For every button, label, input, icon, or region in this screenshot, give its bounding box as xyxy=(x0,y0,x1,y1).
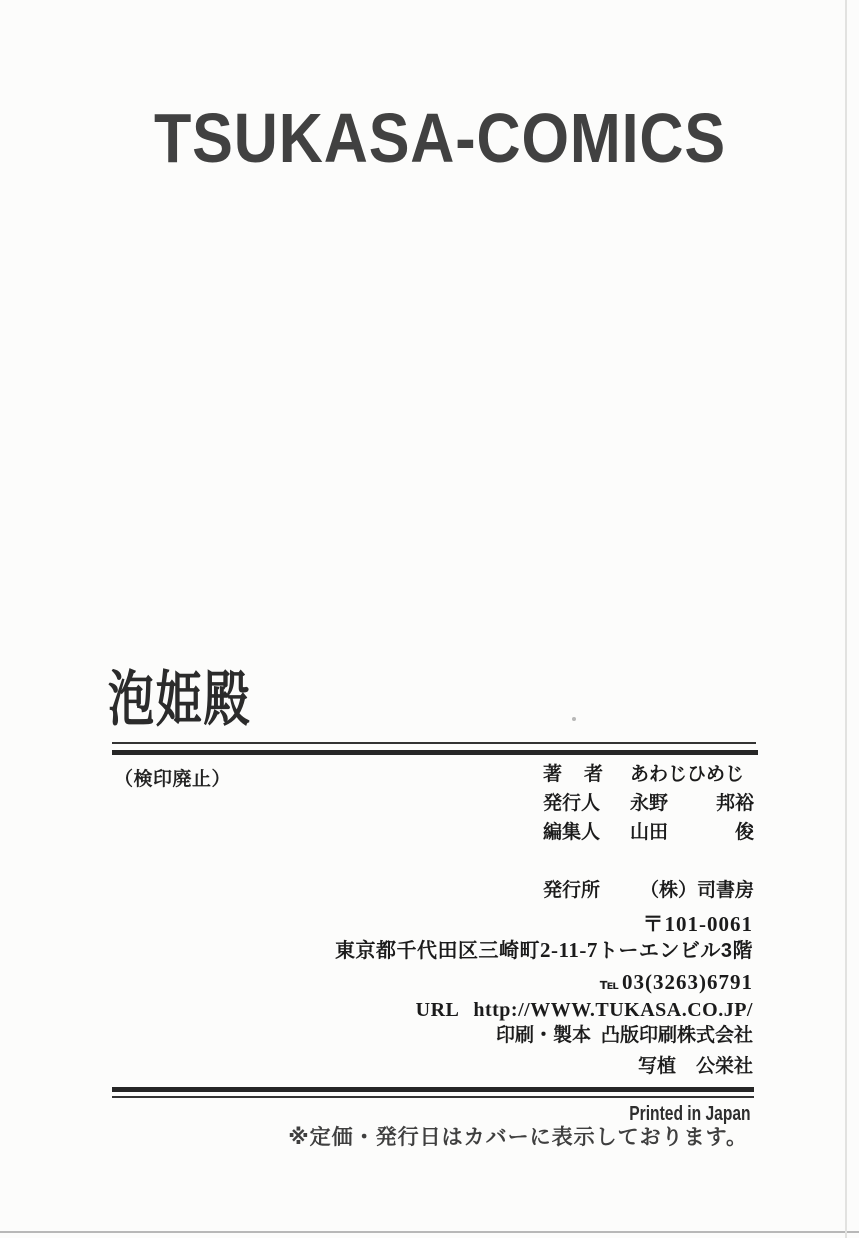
url-label: URL xyxy=(416,999,460,1021)
url-line: URLhttp://WWW.TUKASA.CO.JP/ xyxy=(416,999,753,1021)
title-rule-thin xyxy=(112,742,756,744)
publisher-label-text: 発行人 xyxy=(543,793,600,815)
colophon-page: TSUKASA-COMICS 泡姫殿 （検印廃止） 著 者 あわじひめじ 発行人… xyxy=(0,0,859,1238)
editor-name: 山田 俊 xyxy=(630,822,754,844)
publisher-label: 発行人 xyxy=(543,793,603,815)
price-date-notice: ※定価・発行日はカバーに表示しております。 xyxy=(288,1121,748,1151)
author-row: 著 者 あわじひめじ xyxy=(543,764,754,786)
scan-edge-bottom xyxy=(0,1231,859,1233)
url-value: http://WWW.TUKASA.CO.JP/ xyxy=(473,999,753,1021)
editor-row: 編集人 山田 俊 xyxy=(543,822,754,844)
publisher-logo: TSUKASA-COMICS xyxy=(154,106,734,176)
publisher-logo-text: TSUKASA-COMICS xyxy=(154,106,726,176)
scan-edge-right xyxy=(845,0,847,1238)
typesetting-company: 公栄社 xyxy=(696,1056,753,1077)
address-building: トーエンビル3階 xyxy=(598,940,753,962)
publishing-office-row: 発行所 （株）司書房 xyxy=(543,880,754,902)
publishing-office-name: （株）司書房 xyxy=(630,880,754,902)
author-label-char1: 著 xyxy=(543,764,562,786)
publisher-surname: 永野 xyxy=(630,793,668,815)
publisher-row: 発行人 永野 邦裕 xyxy=(543,793,754,815)
publishing-office-name-text: （株）司書房 xyxy=(640,880,754,902)
publisher-name: 永野 邦裕 xyxy=(630,793,754,815)
book-title: 泡姫殿 xyxy=(108,670,251,730)
editor-surname: 山田 xyxy=(630,822,668,844)
editor-label: 編集人 xyxy=(543,822,603,844)
footer-rule-thick xyxy=(112,1087,754,1092)
printing-label: 印刷・製本 xyxy=(496,1025,591,1046)
author-label-char2: 者 xyxy=(584,764,603,786)
editor-label-text: 編集人 xyxy=(543,822,600,844)
author-name: あわじひめじ xyxy=(630,764,754,786)
publisher-given-name: 邦裕 xyxy=(716,793,754,815)
scan-speck xyxy=(572,717,576,721)
tel-mark-icon: ℡ xyxy=(600,976,620,993)
telephone-line: ℡03(3263)6791 xyxy=(600,971,753,996)
tel-number: 03(3263)6791 xyxy=(622,970,753,994)
postal-code-line: 〒101-0061 xyxy=(643,913,754,935)
typesetting-line: 写植公栄社 xyxy=(638,1056,753,1078)
publishing-office-label-text: 発行所 xyxy=(543,880,600,902)
editor-given-name: 俊 xyxy=(735,822,754,844)
address-district: 東京都千代田区三崎町 xyxy=(335,940,540,962)
author-name-text: あわじひめじ xyxy=(630,764,744,786)
footer-rule-thin xyxy=(112,1096,754,1098)
printing-company: 凸版印刷株式会社 xyxy=(601,1025,753,1046)
address-line: 東京都千代田区三崎町2-11-7トーエンビル3階 xyxy=(335,939,753,962)
printing-line: 印刷・製本凸版印刷株式会社 xyxy=(496,1025,753,1047)
title-rule-thick xyxy=(112,750,758,755)
address-number: 2-11-7 xyxy=(540,938,598,962)
publishing-office-label: 発行所 xyxy=(543,880,603,902)
author-label: 著 者 xyxy=(543,764,603,786)
seal-abolition-note: （検印廃止） xyxy=(114,764,231,791)
typesetting-label: 写植 xyxy=(638,1056,676,1077)
